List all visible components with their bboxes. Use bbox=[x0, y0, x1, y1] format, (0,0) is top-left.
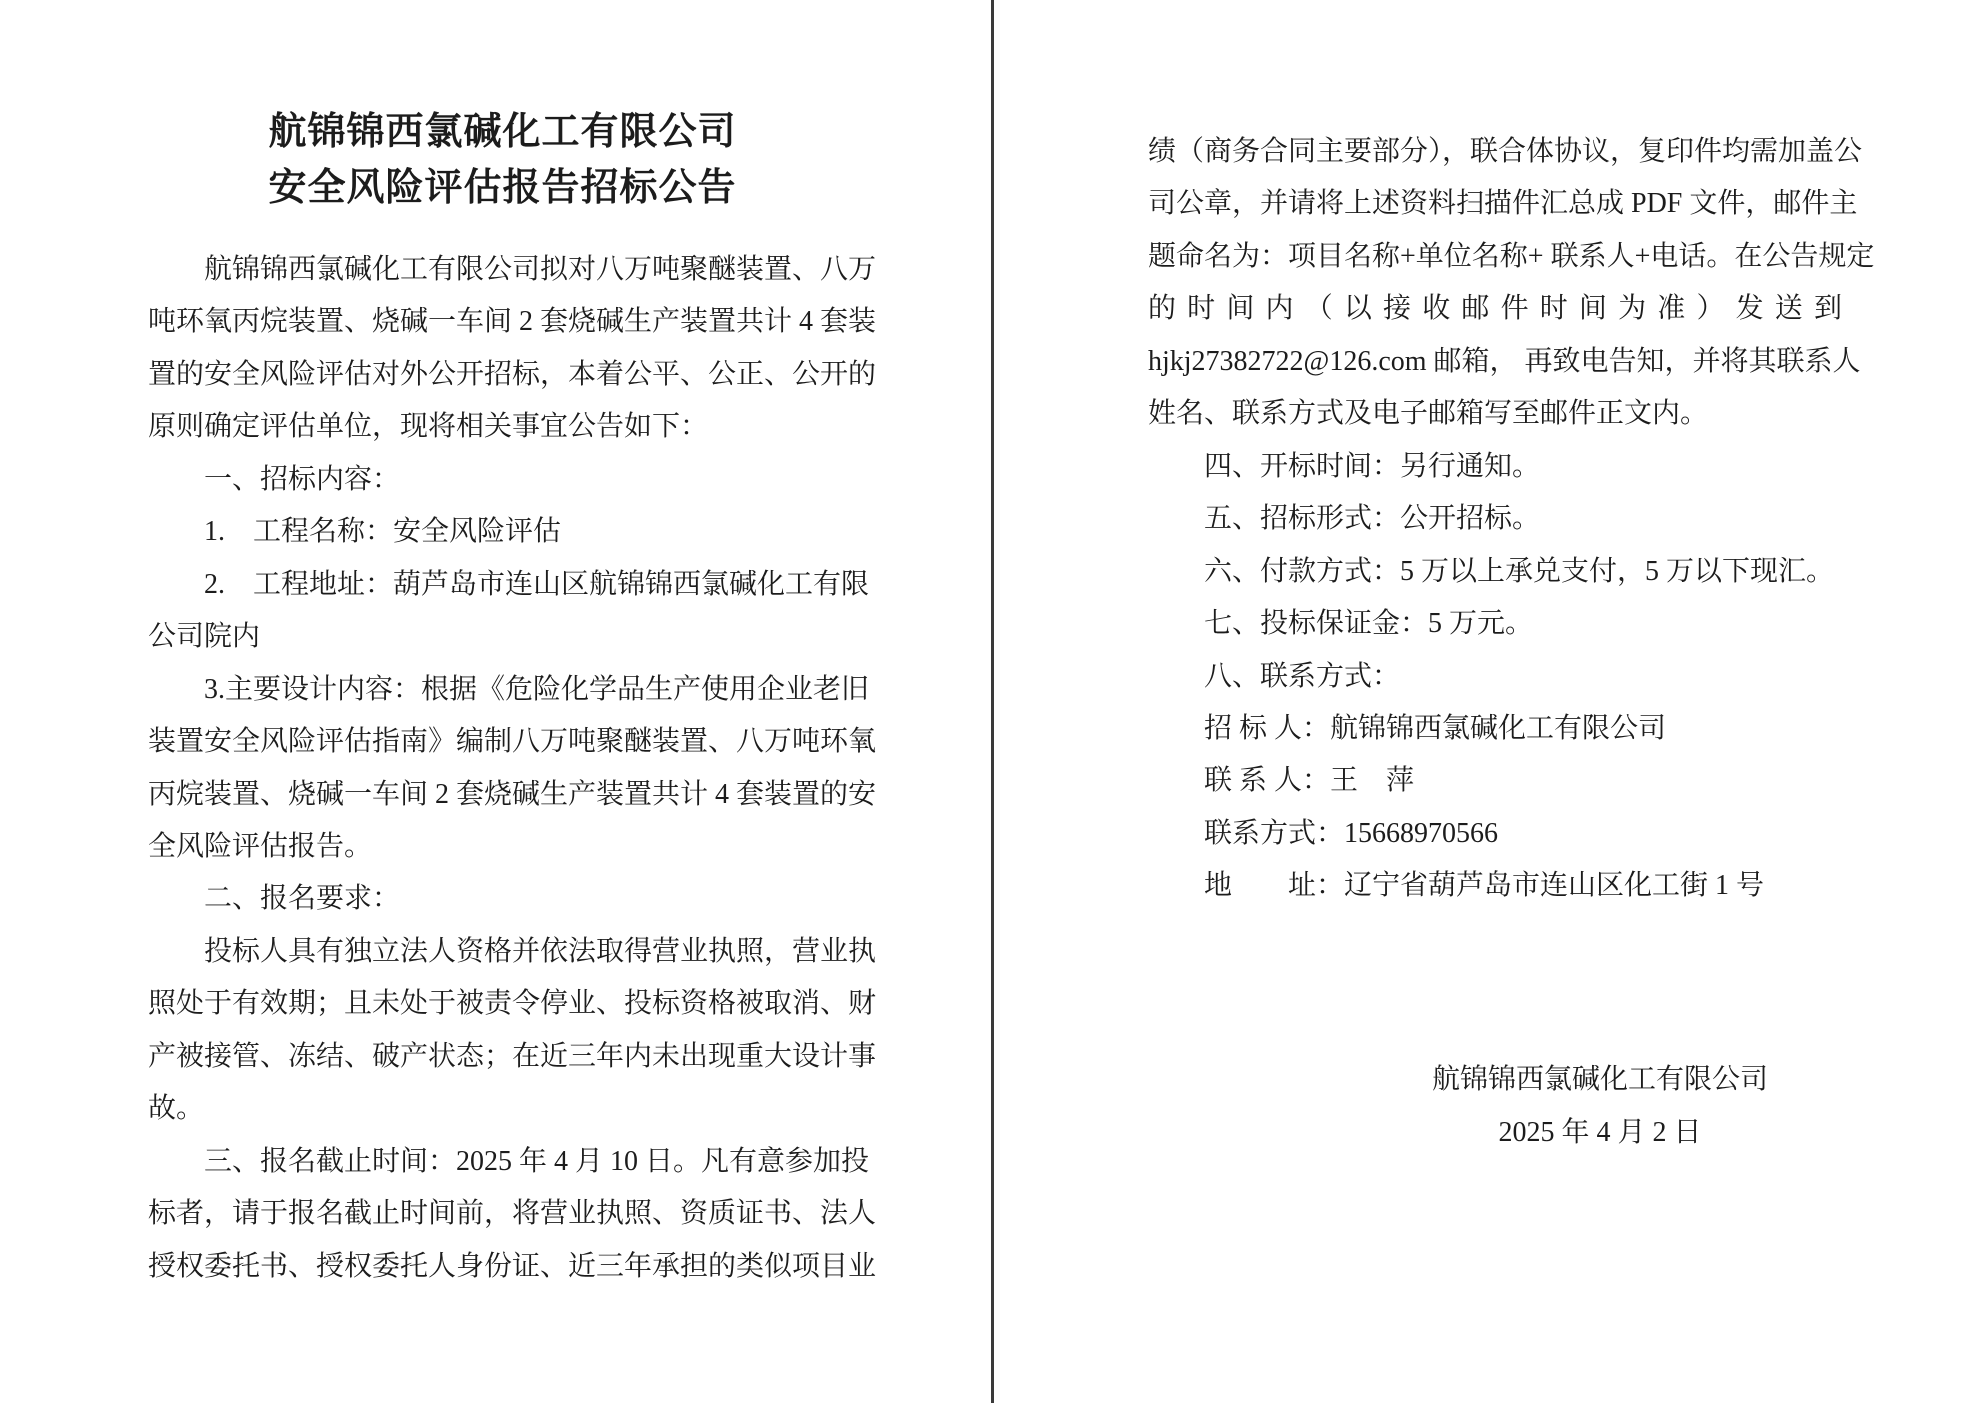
text-line: 八、联系方式： bbox=[1148, 651, 1842, 703]
title-line-2: 安全风险评估报告招标公告 bbox=[148, 160, 857, 216]
text-line: 吨环氧丙烷装置、烧碱一车间 2 套烧碱生产装置共计 4 套装 bbox=[148, 296, 857, 348]
right-page-body: 绩（商务合同主要部分），联合体协议，复印件均需加盖公司公章，并请将上述资料扫描件… bbox=[1148, 126, 1842, 913]
document-title: 航锦锦西氯碱化工有限公司 安全风险评估报告招标公告 bbox=[148, 104, 857, 216]
text-line: 七、投标保证金：5 万元。 bbox=[1148, 598, 1842, 650]
text-line: 原则确定评估单位，现将相关事宜公告如下： bbox=[148, 401, 857, 453]
text-line: 授权委托书、授权委托人身份证、近三年承担的类似项目业 bbox=[148, 1241, 857, 1293]
text-line: 姓名、联系方式及电子邮箱写至邮件正文内。 bbox=[1148, 388, 1842, 440]
text-line: 三、报名截止时间：2025 年 4 月 10 日。凡有意参加投 bbox=[148, 1136, 857, 1188]
text-line: 六、付款方式：5 万以上承兑支付，5 万以下现汇。 bbox=[1148, 546, 1842, 598]
text-line: 故。 bbox=[148, 1083, 857, 1135]
text-line: 1. 工程名称：安全风险评估 bbox=[148, 506, 857, 558]
text-line: 司公章，并请将上述资料扫描件汇总成 PDF 文件，邮件主 bbox=[1148, 178, 1842, 230]
signature-company: 航锦锦西氯碱化工有限公司 bbox=[1320, 1053, 1880, 1106]
text-line: 公司院内 bbox=[148, 611, 857, 663]
left-page-body: 航锦锦西氯碱化工有限公司拟对八万吨聚醚装置、八万吨环氧丙烷装置、烧碱一车间 2 … bbox=[148, 244, 857, 1293]
text-line: 产被接管、冻结、破产状态；在近三年内未出现重大设计事 bbox=[148, 1031, 857, 1083]
text-line: 一、招标内容： bbox=[148, 454, 857, 506]
text-line: 3.主要设计内容：根据《危险化学品生产使用企业老旧 bbox=[148, 664, 857, 716]
text-line: 招 标 人：航锦锦西氯碱化工有限公司 bbox=[1148, 703, 1842, 755]
text-line: 航锦锦西氯碱化工有限公司拟对八万吨聚醚装置、八万 bbox=[148, 244, 857, 296]
text-line: 的时间内（以接收邮件时间为准）发送到 bbox=[1148, 283, 1842, 335]
text-line: 置的安全风险评估对外公开招标，本着公平、公正、公开的 bbox=[148, 349, 857, 401]
page-divider bbox=[991, 0, 994, 1403]
text-line: 全风险评估报告。 bbox=[148, 821, 857, 873]
text-line: 地 址：辽宁省葫芦岛市连山区化工街 1 号 bbox=[1148, 860, 1842, 912]
text-line: 五、招标形式：公开招标。 bbox=[1148, 493, 1842, 545]
text-line: 2. 工程地址：葫芦岛市连山区航锦锦西氯碱化工有限 bbox=[148, 559, 857, 611]
text-line: 投标人具有独立法人资格并依法取得营业执照，营业执 bbox=[148, 926, 857, 978]
signature-block: 航锦锦西氯碱化工有限公司 2025 年 4 月 2 日 bbox=[1320, 1053, 1880, 1159]
text-line: 装置安全风险评估指南》编制八万吨聚醚装置、八万吨环氧 bbox=[148, 716, 857, 768]
signature-date: 2025 年 4 月 2 日 bbox=[1320, 1106, 1880, 1159]
text-line: 丙烷装置、烧碱一车间 2 套烧碱生产装置共计 4 套装置的安 bbox=[148, 769, 857, 821]
document-page: 航锦锦西氯碱化工有限公司 安全风险评估报告招标公告 航锦锦西氯碱化工有限公司拟对… bbox=[0, 0, 1986, 1403]
text-line: 四、开标时间：另行通知。 bbox=[1148, 441, 1842, 493]
text-line: 联 系 人：王 萍 bbox=[1148, 755, 1842, 807]
text-line: 照处于有效期；且未处于被责令停业、投标资格被取消、财 bbox=[148, 978, 857, 1030]
text-line: 标者，请于报名截止时间前，将营业执照、资质证书、法人 bbox=[148, 1188, 857, 1240]
text-line: 绩（商务合同主要部分），联合体协议，复印件均需加盖公 bbox=[1148, 126, 1842, 178]
text-line: hjkj27382722@126.com 邮箱， 再致电告知，并将其联系人 bbox=[1148, 336, 1842, 388]
title-line-1: 航锦锦西氯碱化工有限公司 bbox=[148, 104, 857, 160]
text-line: 联系方式：15668970566 bbox=[1148, 808, 1842, 860]
text-line: 题命名为：项目名称+单位名称+ 联系人+电话。在公告规定 bbox=[1148, 231, 1842, 283]
text-line: 二、报名要求： bbox=[148, 873, 857, 925]
